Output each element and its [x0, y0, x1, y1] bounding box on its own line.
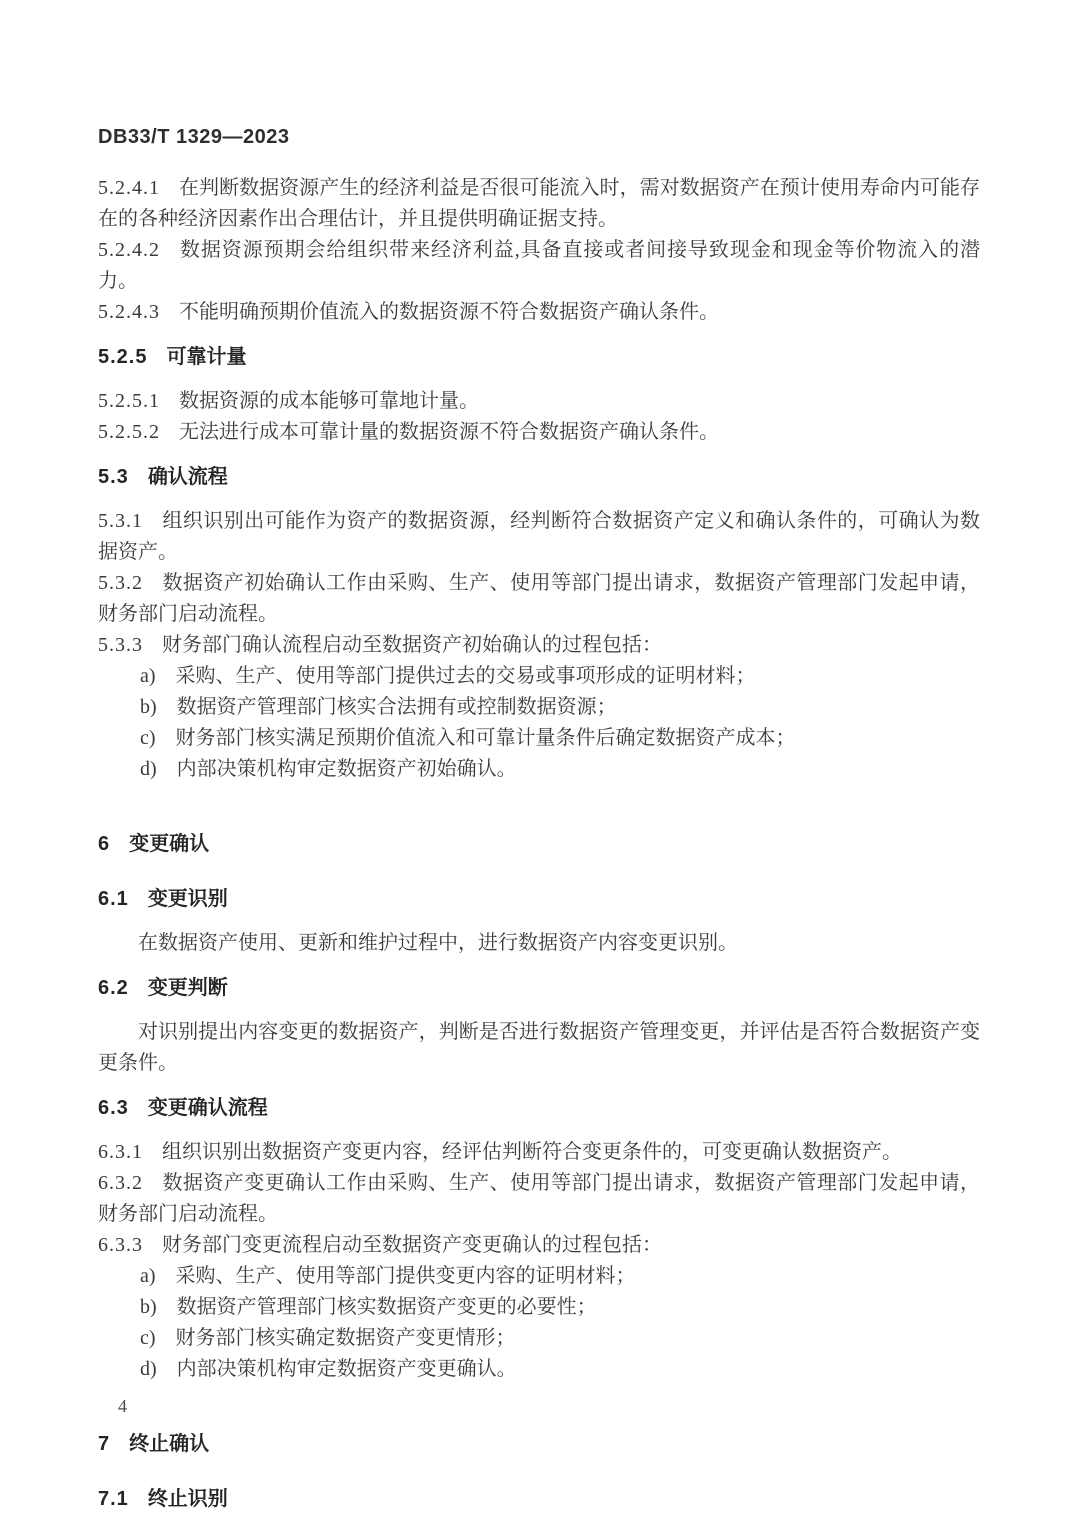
- paragraph: 对识别提出内容变更的数据资产，判断是否进行数据资产管理变更，并评估是否符合数据资…: [98, 1017, 980, 1079]
- list-item-text: 财务部门核实满足预期价值流入和可靠计量条件后确定数据资产成本；: [176, 727, 796, 749]
- standard-code-header: DB33/T 1329—2023: [98, 126, 980, 149]
- chapter-heading-text: 变更确认: [129, 833, 209, 855]
- section-heading-text: 终止识别: [148, 1488, 228, 1510]
- list-item: b)数据资产管理部门核实合法拥有或控制数据资源；: [98, 692, 980, 723]
- chapter-heading: 7终止确认: [98, 1429, 980, 1460]
- list-marker: c): [140, 727, 156, 749]
- section-heading-text: 变更判断: [148, 977, 228, 999]
- paragraph-text: 在数据资产使用、更新和维护过程中，进行数据资产内容变更识别。: [138, 932, 738, 954]
- list-item-text: 采购、生产、使用等部门提供变更内容的证明材料；: [176, 1265, 636, 1287]
- paragraph-text: 对识别提出内容变更的数据资产，判断是否进行数据资产管理变更，并评估是否符合数据资…: [98, 1021, 980, 1074]
- clause: 5.2.5.2无法进行成本可靠计量的数据资源不符合数据资产确认条件。: [98, 417, 980, 448]
- chapter-heading-text: 终止确认: [129, 1433, 209, 1455]
- clause-number: 5.2.4.2: [98, 239, 160, 261]
- section-heading-text: 变更确认流程: [148, 1097, 268, 1119]
- list-item-text: 数据资产管理部门核实数据资产变更的必要性；: [177, 1296, 597, 1318]
- clause-text: 无法进行成本可靠计量的数据资源不符合数据资产确认条件。: [179, 421, 719, 443]
- clause-number: 6.3.3: [98, 1234, 143, 1256]
- clause-text: 数据资源的成本能够可靠地计量。: [179, 390, 479, 412]
- document-page: DB33/T 1329—2023 5.2.4.1在判断数据资源产生的经济利益是否…: [0, 0, 1080, 1528]
- clause-number: 6.2: [98, 977, 129, 999]
- clause-number: 6.1: [98, 888, 129, 910]
- list-marker: b): [140, 1296, 157, 1318]
- clause: 6.3.2数据资产变更确认工作由采购、生产、使用等部门提出请求，数据资产管理部门…: [98, 1168, 980, 1230]
- section-heading: 5.2.5可靠计量: [98, 342, 980, 373]
- clause-number: 5.3: [98, 466, 129, 488]
- list-item-text: 内部决策机构审定数据资产变更确认。: [177, 1358, 517, 1380]
- clause-text: 数据资产初始确认工作由采购、生产、使用等部门提出请求，数据资产管理部门发起申请，…: [98, 572, 980, 625]
- list-item-text: 财务部门核实确定数据资产变更情形；: [176, 1327, 516, 1349]
- list-marker: b): [140, 696, 157, 718]
- clause-text: 财务部门确认流程启动至数据资产初始确认的过程包括：: [162, 634, 662, 656]
- list-item: d)内部决策机构审定数据资产变更确认。: [98, 1354, 980, 1385]
- clause: 5.3.1组织识别出可能作为资产的数据资源，经判断符合数据资产定义和确认条件的，…: [98, 506, 980, 568]
- list-item-text: 内部决策机构审定数据资产初始确认。: [177, 758, 517, 780]
- clause-text: 组织识别出可能作为资产的数据资源，经判断符合数据资产定义和确认条件的，可确认为数…: [98, 510, 980, 563]
- clause-number: 7: [98, 1433, 110, 1455]
- clause-text: 组织识别出数据资产变更内容，经评估判断符合变更条件的，可变更确认数据资产。: [162, 1141, 902, 1163]
- clause: 5.2.4.3不能明确预期价值流入的数据资源不符合数据资产确认条件。: [98, 297, 980, 328]
- document-body: 5.2.4.1在判断数据资源产生的经济利益是否很可能流入时，需对数据资产在预计使…: [98, 173, 980, 1515]
- clause-text: 数据资源预期会给组织带来经济利益,具备直接或者间接导致现金和现金等价物流入的潜力…: [98, 239, 980, 292]
- section-heading: 6.1变更识别: [98, 884, 980, 915]
- clause: 5.3.2数据资产初始确认工作由采购、生产、使用等部门提出请求，数据资产管理部门…: [98, 568, 980, 630]
- clause-text: 数据资产变更确认工作由采购、生产、使用等部门提出请求，数据资产管理部门发起申请，…: [98, 1172, 980, 1225]
- clause-text: 不能明确预期价值流入的数据资源不符合数据资产确认条件。: [179, 301, 719, 323]
- clause-number: 5.2.4.1: [98, 177, 160, 199]
- section-heading: 6.2变更判断: [98, 973, 980, 1004]
- clause-text: 财务部门变更流程启动至数据资产变更确认的过程包括：: [162, 1234, 662, 1256]
- section-heading-text: 确认流程: [148, 466, 228, 488]
- clause-number: 6.3: [98, 1097, 129, 1119]
- clause: 5.2.4.1在判断数据资源产生的经济利益是否很可能流入时，需对数据资产在预计使…: [98, 173, 980, 235]
- clause-number: 6: [98, 833, 110, 855]
- clause-number: 5.2.5.2: [98, 421, 160, 443]
- clause: 5.3.3财务部门确认流程启动至数据资产初始确认的过程包括：: [98, 630, 980, 661]
- list-item: d)内部决策机构审定数据资产初始确认。: [98, 754, 980, 785]
- list-item: a)采购、生产、使用等部门提供过去的交易或事项形成的证明材料；: [98, 661, 980, 692]
- list-item-text: 采购、生产、使用等部门提供过去的交易或事项形成的证明材料；: [176, 665, 756, 687]
- clause: 5.2.5.1数据资源的成本能够可靠地计量。: [98, 386, 980, 417]
- section-heading-text: 变更识别: [148, 888, 228, 910]
- clause-number: 5.3.2: [98, 572, 143, 594]
- clause-number: 6.3.1: [98, 1141, 143, 1163]
- clause: 5.2.4.2数据资源预期会给组织带来经济利益,具备直接或者间接导致现金和现金等…: [98, 235, 980, 297]
- list-marker: a): [140, 665, 156, 687]
- list-item: b)数据资产管理部门核实数据资产变更的必要性；: [98, 1292, 980, 1323]
- clause: 6.3.3财务部门变更流程启动至数据资产变更确认的过程包括：: [98, 1230, 980, 1261]
- list-marker: a): [140, 1265, 156, 1287]
- clause-number: 5.2.5.1: [98, 390, 160, 412]
- section-heading: 6.3变更确认流程: [98, 1093, 980, 1124]
- clause-number: 5.3.3: [98, 634, 143, 656]
- clause-number: 5.3.1: [98, 510, 143, 532]
- clause-number: 7.1: [98, 1488, 129, 1510]
- clause: 6.3.1组织识别出数据资产变更内容，经评估判断符合变更条件的，可变更确认数据资…: [98, 1137, 980, 1168]
- list-marker: d): [140, 1358, 157, 1380]
- list-item-text: 数据资产管理部门核实合法拥有或控制数据资源；: [177, 696, 617, 718]
- list-item: a)采购、生产、使用等部门提供变更内容的证明材料；: [98, 1261, 980, 1292]
- clause-number: 6.3.2: [98, 1172, 143, 1194]
- chapter-heading: 6变更确认: [98, 829, 980, 860]
- section-heading: 5.3确认流程: [98, 462, 980, 493]
- paragraph: 在数据资产使用、更新和维护过程中，进行数据资产内容变更识别。: [98, 928, 980, 959]
- clause-text: 在判断数据资源产生的经济利益是否很可能流入时，需对数据资产在预计使用寿命内可能存…: [98, 177, 980, 230]
- section-heading: 7.1终止识别: [98, 1484, 980, 1515]
- clause-number: 5.2.4.3: [98, 301, 160, 323]
- page-number: 4: [118, 1396, 127, 1417]
- list-item: c)财务部门核实确定数据资产变更情形；: [98, 1323, 980, 1354]
- clause-number: 5.2.5: [98, 346, 147, 368]
- list-marker: d): [140, 758, 157, 780]
- section-heading-text: 可靠计量: [166, 346, 246, 368]
- list-marker: c): [140, 1327, 156, 1349]
- list-item: c)财务部门核实满足预期价值流入和可靠计量条件后确定数据资产成本；: [98, 723, 980, 754]
